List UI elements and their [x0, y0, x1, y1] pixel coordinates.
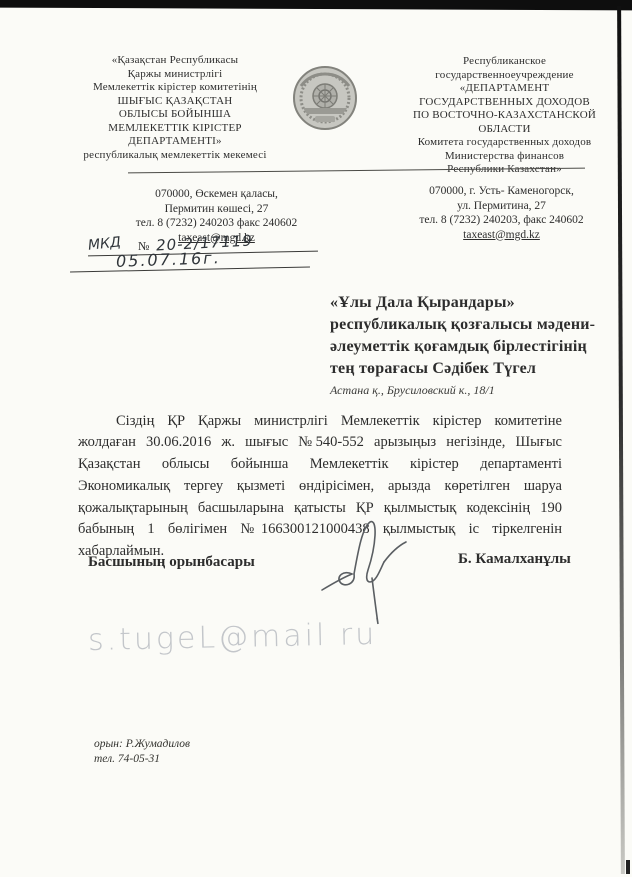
org-right-line: ПО ВОСТОЧНО-КАЗАХСТАНСКОЙ	[383, 109, 626, 123]
contact-phone-line: тел. 8 (7232) 240203 факс 240602	[93, 216, 340, 231]
org-left-line: Қаржы министрлігі	[50, 68, 300, 82]
executor-block: орын: Р.Жумадилов тел. 74-05-31	[94, 737, 190, 767]
org-left-line: Мемлекеттік кірістер комитетінің	[50, 81, 300, 95]
addressee-address: Астана қ., Брусиловский к., 18/1	[330, 383, 630, 398]
scanned-letter-page: «Қазақстан Республикасы Қаржы министрліг…	[0, 0, 632, 877]
scan-edge-corner	[626, 860, 630, 874]
contact-phone-line: тел. 8 (7232) 240203, факс 240602	[380, 213, 623, 228]
addressee-line: тең төрағасы Сәдібек Түгел	[330, 358, 630, 380]
handwritten-initials: МКД	[87, 234, 121, 253]
addressee-line: «Ұлы Дала Қырандары»	[330, 292, 630, 314]
handwritten-signature-icon	[318, 512, 428, 632]
org-left-line: ОБЛЫСЫ БОЙЫНША	[50, 108, 300, 122]
signer-name: Б. Камалханұлы	[458, 551, 571, 568]
org-right-line: государственноеучреждение	[383, 69, 626, 83]
org-right-line: Комитета государственных доходов	[383, 136, 626, 150]
handwritten-email-note: s.tugeL@mail ru	[88, 617, 378, 658]
org-left-line: ДЕПАРТАМЕНТІ»	[50, 135, 300, 149]
org-left-line: МЕМЛЕКЕТТІК КІРІСТЕР	[50, 122, 300, 136]
letterhead-org-kazakh: «Қазақстан Республикасы Қаржы министрліг…	[50, 54, 300, 162]
org-right-line: Республиканское	[383, 55, 626, 69]
contact-address-line: Пермитин көшесі, 27	[93, 202, 340, 217]
addressee-block: «Ұлы Дала Қырандары» республикалық қозға…	[330, 292, 630, 398]
org-left-line: республикалық мемлекеттік мекемесі	[50, 149, 300, 163]
contact-block-russian: 070000, г. Усть- Каменогорск, ул. Пермит…	[380, 184, 623, 242]
org-right-line: «ДЕПАРТАМЕНТ	[383, 82, 626, 96]
org-left-line: «Қазақстан Республикасы	[50, 54, 300, 68]
contact-address-line: 070000, г. Усть- Каменогорск,	[380, 184, 623, 199]
org-left-line: ШЫҒЫС ҚАЗАҚСТАН	[50, 95, 300, 109]
contact-address-line: ул. Пермитина, 27	[380, 199, 623, 214]
executor-phone-line: тел. 74-05-31	[94, 752, 190, 767]
org-right-line: ОБЛАСТИ	[383, 123, 626, 137]
signer-position-title: Басшының орынбасары	[88, 554, 255, 571]
contact-address-line: 070000, Өскемен қаласы,	[93, 187, 340, 202]
executor-name-line: орын: Р.Жумадилов	[94, 737, 190, 752]
org-right-line: ГОСУДАРСТВЕННЫХ ДОХОДОВ	[383, 96, 626, 110]
letterhead-org-russian: Республиканское государственноеучреждени…	[383, 55, 626, 177]
handwritten-date: 05.07.16г.	[116, 248, 221, 271]
scan-edge-top	[0, 0, 632, 10]
addressee-line: әлеуметтік қоғамдық бірлестігінің	[330, 336, 630, 358]
registration-block: МКД № 20-2/17119 05.07.16г.	[70, 236, 330, 272]
org-right-line: Министерства финансов	[383, 150, 626, 164]
contact-email: taxeast@mgd.kz	[380, 228, 623, 243]
addressee-line: республикалық қозғалысы мәдени-	[330, 314, 630, 336]
kazakhstan-coat-of-arms-icon	[291, 64, 359, 132]
